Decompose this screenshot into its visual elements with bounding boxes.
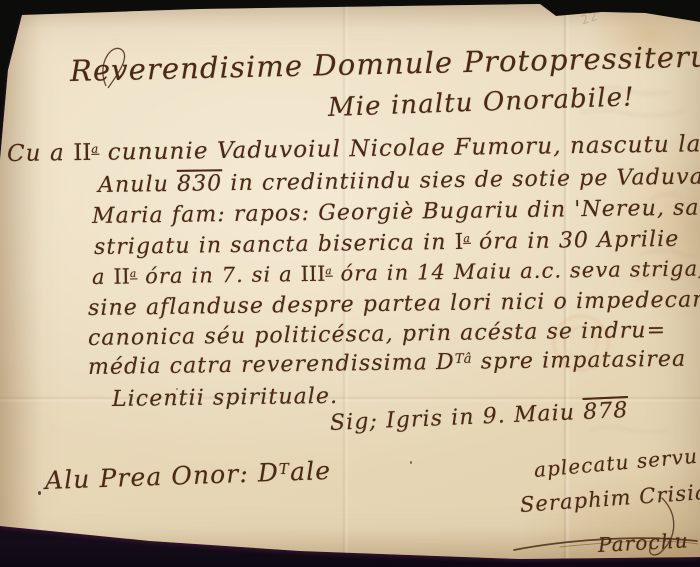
body-text: óra in 14 Maiu a.c. seva striga; bbox=[333, 256, 700, 285]
roman-numeral: III bbox=[300, 262, 325, 286]
ink-speck bbox=[38, 491, 41, 495]
body-text: sine aflanduse despre partea lori nici o… bbox=[88, 287, 700, 321]
date-text: Sig; Igris in 9. Maiu bbox=[329, 400, 583, 436]
body-line-7: canonica séu politicésca, prin acésta se… bbox=[88, 318, 666, 351]
body-text: óra in 7. si a bbox=[137, 262, 300, 288]
scanned-letter-photo: { "colors": { "background": "#0a090d", "… bbox=[0, 0, 700, 567]
salutation-line: Reverendisime Domnule Protopressiteru, bbox=[70, 39, 700, 88]
signature-name: Seraphim Crisianu bbox=[519, 478, 700, 517]
pencil-note-text: 22 bbox=[579, 9, 600, 28]
salutation-text: Reverendisime Domnule Protopressiteru, bbox=[70, 39, 700, 88]
closing-text: Alu Prea Onor: D bbox=[44, 458, 279, 495]
year-overlined: 878 bbox=[583, 398, 629, 425]
closing-right-line: aplecatu servu bbox=[533, 444, 699, 482]
body-text: Cu a bbox=[7, 140, 74, 167]
signature-title: Parochu bbox=[597, 528, 689, 557]
roman-numeral: II bbox=[73, 140, 92, 166]
body-text: média catra reverendissima D bbox=[88, 350, 455, 380]
body-line-9: Licentii spirituale. bbox=[112, 384, 339, 412]
body-text: strigatu in sancta biserica in bbox=[94, 230, 455, 260]
body-line-5: a IIa óra in 7. si a IIIa óra in 14 Maiu… bbox=[92, 256, 700, 289]
body-line-3: Maria fam: rapos: Georgiè Bugariu din 'N… bbox=[92, 195, 700, 229]
body-line-8: média catra reverendissima DTâ spre impa… bbox=[88, 347, 687, 380]
salutation-line-2: Mie inaltu Onorabile! bbox=[327, 82, 635, 123]
date-place-line: Sig; Igris in 9. Maiu 878 bbox=[329, 398, 629, 436]
signature-line: Seraphim Crisianu bbox=[519, 478, 700, 517]
ink-speck bbox=[410, 461, 412, 464]
year-overlined: 830 bbox=[177, 171, 223, 197]
body-line-6: sine aflanduse despre partea lori nici o… bbox=[88, 287, 700, 321]
signature-title-line: Parochu bbox=[597, 528, 689, 557]
body-line-2: Anulu 830 in credintiindu sies de sotie … bbox=[98, 165, 700, 198]
body-text: cununie Vaduvoiul Nicolae Fumoru, nascut… bbox=[99, 131, 700, 165]
body-text: Licentii spirituale. bbox=[112, 384, 339, 412]
roman-numeral: II bbox=[113, 264, 130, 288]
body-text: canonica séu politicésca, prin acésta se… bbox=[88, 318, 666, 351]
body-line-4: strigatu in sancta biserica in Ia óra in… bbox=[94, 227, 680, 260]
pencil-archive-note: 22 bbox=[579, 9, 600, 28]
body-text: spre impatasirea bbox=[472, 347, 686, 375]
ink-speck bbox=[663, 455, 666, 458]
body-line-1: Cu a IIa cununie Vaduvoiul Nicolae Fumor… bbox=[7, 131, 700, 167]
letter-paper: Reverendisime Domnule Protopressiteru, M… bbox=[0, 0, 700, 567]
body-text: Maria fam: rapos: Georgiè Bugariu din 'N… bbox=[92, 195, 700, 229]
body-text: Anulu bbox=[98, 172, 177, 198]
closing-left-line: Alu Prea Onor: DTale bbox=[44, 456, 331, 495]
paper-wrapper: Reverendisime Domnule Protopressiteru, M… bbox=[0, 0, 700, 567]
closing-text: aplecatu servu bbox=[533, 444, 699, 482]
ordinal-superscript: a bbox=[463, 232, 471, 245]
salutation2-text: Mie inaltu Onorabile! bbox=[327, 82, 635, 123]
body-text: in credintiindu sies de sotie pe Vaduva bbox=[222, 165, 700, 197]
abbreviation-superscript: Tâ bbox=[455, 352, 473, 367]
ink-speck bbox=[176, 388, 178, 390]
body-text: óra in 30 Aprilie bbox=[471, 227, 680, 255]
body-text: a bbox=[92, 265, 114, 289]
closing-text: ale bbox=[290, 456, 332, 486]
